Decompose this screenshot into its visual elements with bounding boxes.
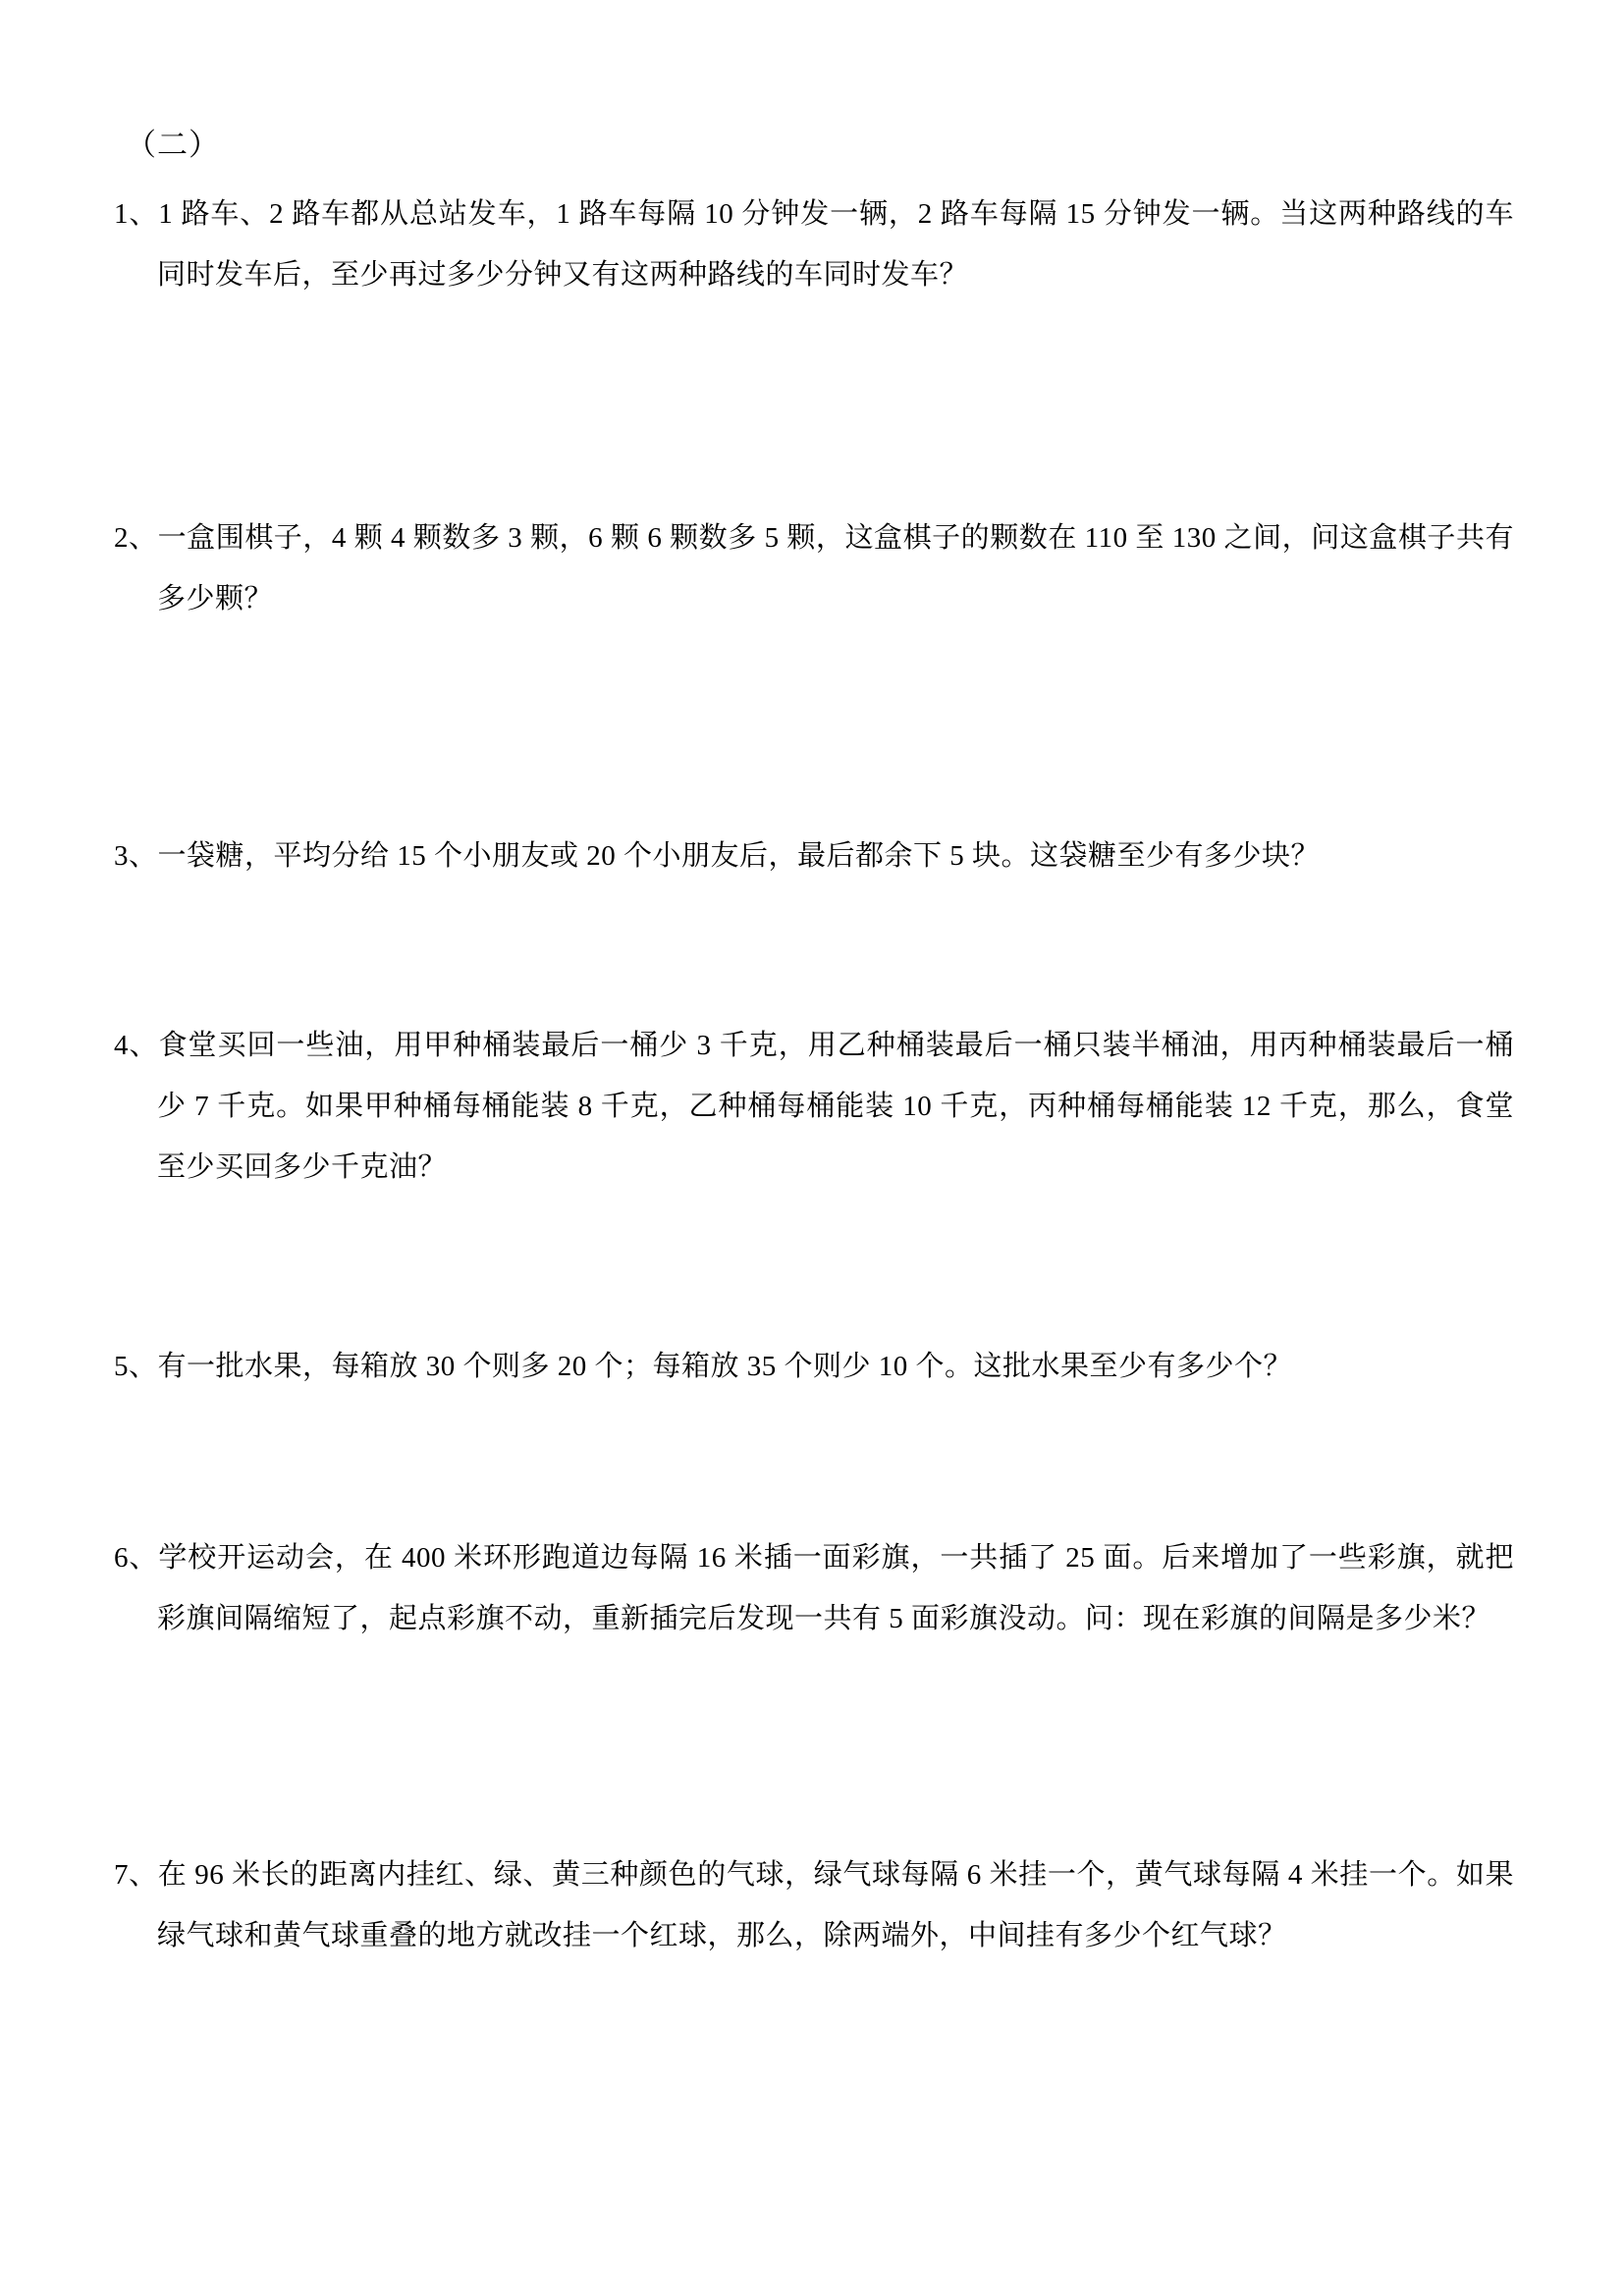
problem-item-6: 6、学校开运动会，在 400 米环形跑道边每隔 16 米插一面彩旗，一共插了 2… — [114, 1527, 1514, 1649]
problem-item-7: 7、在 96 米长的距离内挂红、绿、黄三种颜色的气球，绿气球每隔 6 米挂一个，… — [114, 1844, 1514, 1966]
problem-item-2: 2、一盒围棋子，4 颗 4 颗数多 3 颗，6 颗 6 颗数多 5 颗，这盒棋子… — [114, 507, 1514, 629]
section-heading: （二） — [126, 130, 1514, 160]
problem-item-4: 4、食堂买回一些油，用甲种桶装最后一桶少 3 千克，用乙种桶装最后一桶只装半桶油… — [114, 1015, 1514, 1198]
problem-item-5: 5、有一批水果，每箱放 30 个则多 20 个；每箱放 35 个则少 10 个。… — [114, 1336, 1514, 1397]
problem-item-3: 3、一袋糖，平均分给 15 个小朋友或 20 个小朋友后，最后都余下 5 块。这… — [114, 826, 1514, 886]
document-page: （二） 1、1 路车、2 路车都从总站发车，1 路车每隔 10 分钟发一辆，2 … — [0, 0, 1624, 2296]
problem-item-1: 1、1 路车、2 路车都从总站发车，1 路车每隔 10 分钟发一辆，2 路车每隔… — [114, 184, 1514, 305]
